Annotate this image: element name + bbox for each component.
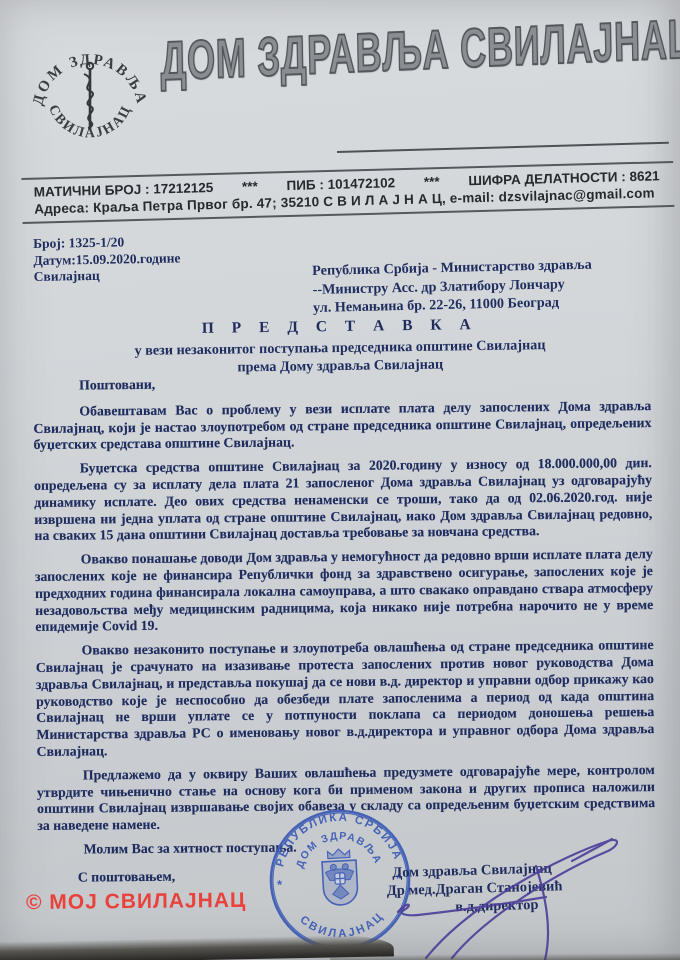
- coat-of-arms-icon: [321, 848, 358, 906]
- letterhead-title: ДОМ ЗДРАВЉА СВИЛАЈНАЦ: [160, 12, 577, 93]
- stamp-star-left: *: [277, 877, 284, 892]
- health-center-logo: ДОМ ЗДРАВЉА СВИЛАЈНАЦ: [26, 36, 154, 154]
- document-meta: Број: 1325-1/20 Датум:15.09.2020.године …: [33, 233, 181, 285]
- rod-of-asclepius-icon: [84, 63, 93, 130]
- document-place: Свилајнац: [34, 266, 181, 285]
- signature-block: Дом здравља Свилајнац Др мед.Драган Стан…: [392, 859, 563, 918]
- letterhead-info: МАТИЧНИ БРОЈ : 17212125 *** ПИБ : 101472…: [21, 161, 674, 224]
- separator-stars: ***: [424, 174, 440, 189]
- watermark-text: © МОЈ СВИЛАЈНАЦ: [26, 889, 247, 915]
- paragraph-4: Овакво незаконито поступање и злоупотреб…: [36, 637, 655, 761]
- paragraph-2: Буџетска средства општине Свилајнац за 2…: [34, 455, 653, 545]
- subject-block: П Р Е Д С Т А В К А у вези незаконитог п…: [0, 313, 680, 379]
- recipient-address: Република Србија - Министарство здравља …: [312, 256, 593, 318]
- signature-role: в.д.директор: [455, 895, 563, 916]
- pib: ПИБ : 101472102: [286, 175, 395, 193]
- caduceus-logo-icon: ДОМ ЗДРАВЉА СВИЛАЈНАЦ: [26, 36, 154, 154]
- document-date: Датум:15.09.2020.године: [33, 250, 180, 269]
- separator-stars: ***: [242, 179, 258, 194]
- title-underline: [337, 142, 669, 153]
- paragraph-3: Овакво понашање доводи Дом здравља у нем…: [35, 546, 654, 636]
- paragraph-1: Обавештавам Вас о проблему у вези исплат…: [33, 398, 651, 454]
